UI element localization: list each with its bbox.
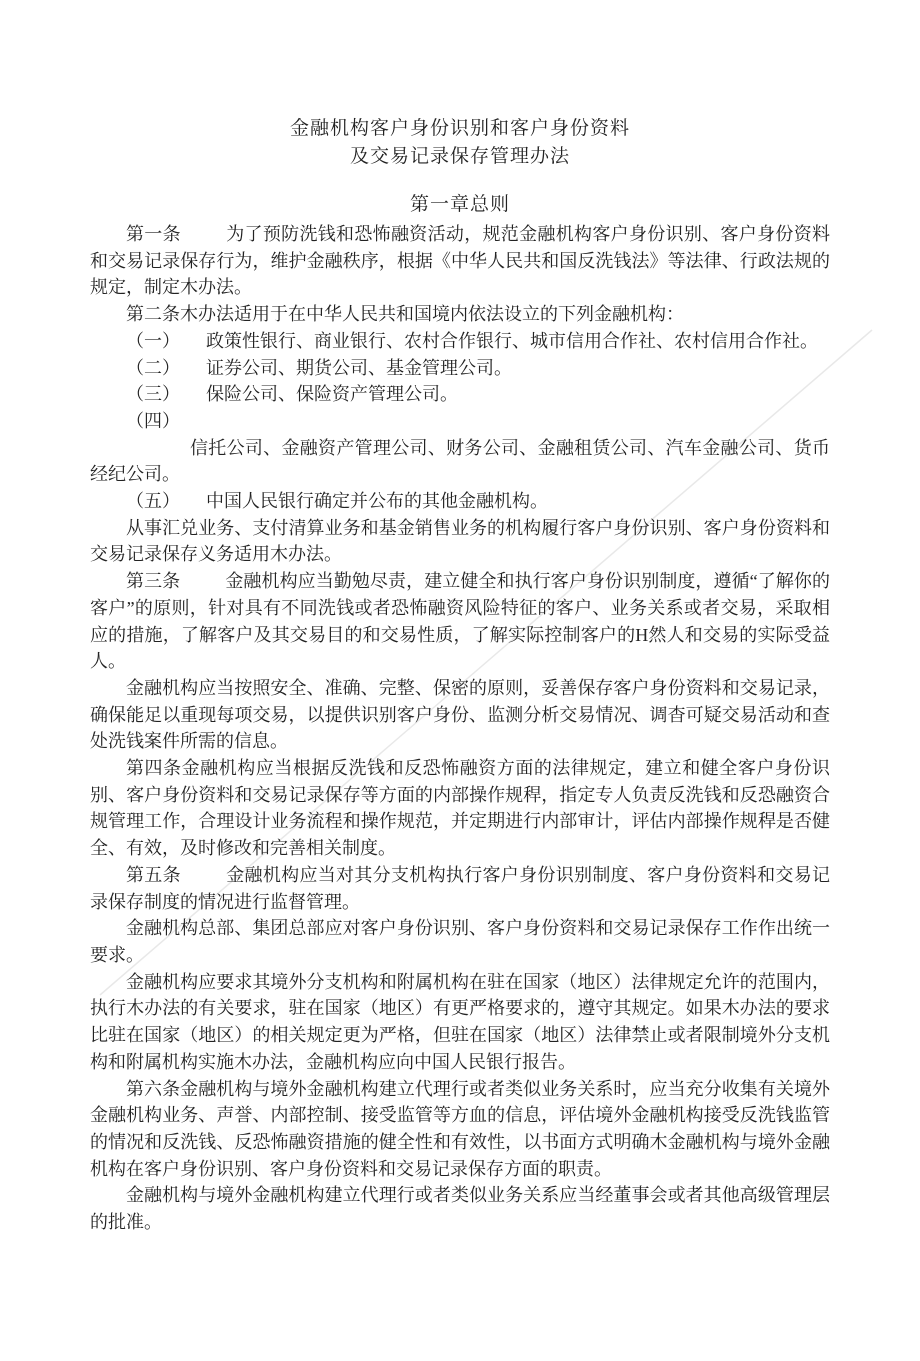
paragraph: 第五条金融机构应当对其分支机构执行客户身份识别制度、客户身份资料和交易记录保存制…	[90, 862, 830, 915]
item-label: 第三条	[126, 571, 180, 591]
paragraph: 金融机构应要求其境外分支机构和附属机构在驻在国家（地区）法律规定允许的范围内，执…	[90, 969, 830, 1076]
item-label: （五）	[126, 491, 180, 511]
paragraph: 第六条金融机构与境外金融机构建立代理行或者类似业务关系时，应当充分收集有关境外金…	[90, 1076, 830, 1183]
paragraph: （一）政策性银行、商业银行、农村合作银行、城市信用合作社、农村信用合作社。	[90, 328, 830, 355]
paragraph-text: 金融机构总部、集团总部应对客户身份识别、客户身份资料和交易记录保存工作作出统一要…	[90, 918, 830, 965]
paragraph-text: 金融机构应当勤勉尽责，建立健全和执行客户身份识别制度，遵循“了解你的客户”的原则…	[90, 571, 830, 671]
paragraph: （三）保险公司、保险资产管理公司。	[90, 381, 830, 408]
paragraph: 第三条金融机构应当勤勉尽责，建立健全和执行客户身份识别制度，遵循“了解你的客户”…	[90, 568, 830, 675]
document-body: 第一条为了预防洗钱和恐怖融资活动，规范金融机构客户身份识别、客户身份资料和交易记…	[90, 221, 830, 1236]
paragraph-text: 信托公司、金融资产管理公司、财务公司、金融租赁公司、汽车金融公司、货币经纪公司。	[90, 438, 830, 485]
item-label: 第一条	[126, 224, 181, 244]
paragraph: （五）中国人民银行确定并公布的其他金融机构。	[90, 488, 830, 515]
document-title: 金融机构客户身份识别和客户身份资料 及交易记录保存管理办法	[90, 0, 830, 171]
chapter-heading: 第一章总则	[90, 191, 830, 219]
paragraph-text: 政策性银行、商业银行、农村合作银行、城市信用合作社、农村信用合作社。	[206, 331, 818, 351]
item-label: 第五条	[126, 865, 181, 885]
paragraph-text: 金融机构应当按照安全、准确、完整、保密的原则，妥善保存客户身份资料和交易记录，确…	[90, 678, 830, 751]
paragraph: 第一条为了预防洗钱和恐怖融资活动，规范金融机构客户身份识别、客户身份资料和交易记…	[90, 221, 830, 301]
paragraph-text: 保险公司、保险资产管理公司。	[206, 384, 458, 404]
paragraph: 金融机构总部、集团总部应对客户身份识别、客户身份资料和交易记录保存工作作出统一要…	[90, 915, 830, 968]
item-label: （三）	[126, 384, 180, 404]
paragraph-text: 第二条木办法适用于在中华人民共和国境内依法设立的下列金融机构：	[126, 304, 684, 324]
paragraph: 金融机构应当按照安全、准确、完整、保密的原则，妥善保存客户身份资料和交易记录，确…	[90, 675, 830, 755]
item-label: （二）	[126, 358, 180, 378]
paragraph-text: 为了预防洗钱和恐怖融资活动，规范金融机构客户身份识别、客户身份资料和交易记录保存…	[90, 224, 830, 297]
paragraph-text: 金融机构与境外金融机构建立代理行或者类似业务关系应当经董事会或者其他高级管理层的…	[90, 1185, 830, 1232]
title-line-2: 及交易记录保存管理办法	[90, 143, 830, 171]
document-content: 金融机构客户身份识别和客户身份资料 及交易记录保存管理办法 第一章总则 第一条为…	[90, 0, 830, 1236]
paragraph-text: 第六条金融机构与境外金融机构建立代理行或者类似业务关系时，应当充分收集有关境外金…	[90, 1079, 830, 1179]
paragraph-text: 证券公司、期货公司、基金管理公司。	[206, 358, 512, 378]
item-label: （一）	[126, 331, 180, 351]
paragraph-text: 从事汇兑业务、支付清算业务和基金销售业务的机构履行客户身份识别、客户身份资料和交…	[90, 518, 830, 565]
document-page: 金融机构客户身份识别和客户身份资料 及交易记录保存管理办法 第一章总则 第一条为…	[0, 0, 920, 1361]
paragraph-text: 中国人民银行确定并公布的其他金融机构。	[206, 491, 548, 511]
paragraph-text: 第四条金融机构应当根据反洗钱和反恐怖融资方面的法律规定，建立和健全客户身份识别、…	[90, 758, 830, 858]
paragraph-text: 金融机构应当对其分支机构执行客户身份识别制度、客户身份资料和交易记录保存制度的情…	[90, 865, 830, 912]
paragraph: （四）	[90, 408, 830, 435]
paragraph: 第四条金融机构应当根据反洗钱和反恐怖融资方面的法律规定，建立和健全客户身份识别、…	[90, 755, 830, 862]
paragraph: 第二条木办法适用于在中华人民共和国境内依法设立的下列金融机构：	[90, 301, 830, 328]
paragraph: 从事汇兑业务、支付清算业务和基金销售业务的机构履行客户身份识别、客户身份资料和交…	[90, 515, 830, 568]
item-label: （四）	[126, 411, 180, 431]
title-line-1: 金融机构客户身份识别和客户身份资料	[90, 115, 830, 143]
paragraph: 信托公司、金融资产管理公司、财务公司、金融租赁公司、汽车金融公司、货币经纪公司。	[90, 435, 830, 488]
paragraph: （二）证券公司、期货公司、基金管理公司。	[90, 355, 830, 382]
paragraph: 金融机构与境外金融机构建立代理行或者类似业务关系应当经董事会或者其他高级管理层的…	[90, 1182, 830, 1235]
paragraph-text: 金融机构应要求其境外分支机构和附属机构在驻在国家（地区）法律规定允许的范围内，执…	[90, 972, 830, 1072]
